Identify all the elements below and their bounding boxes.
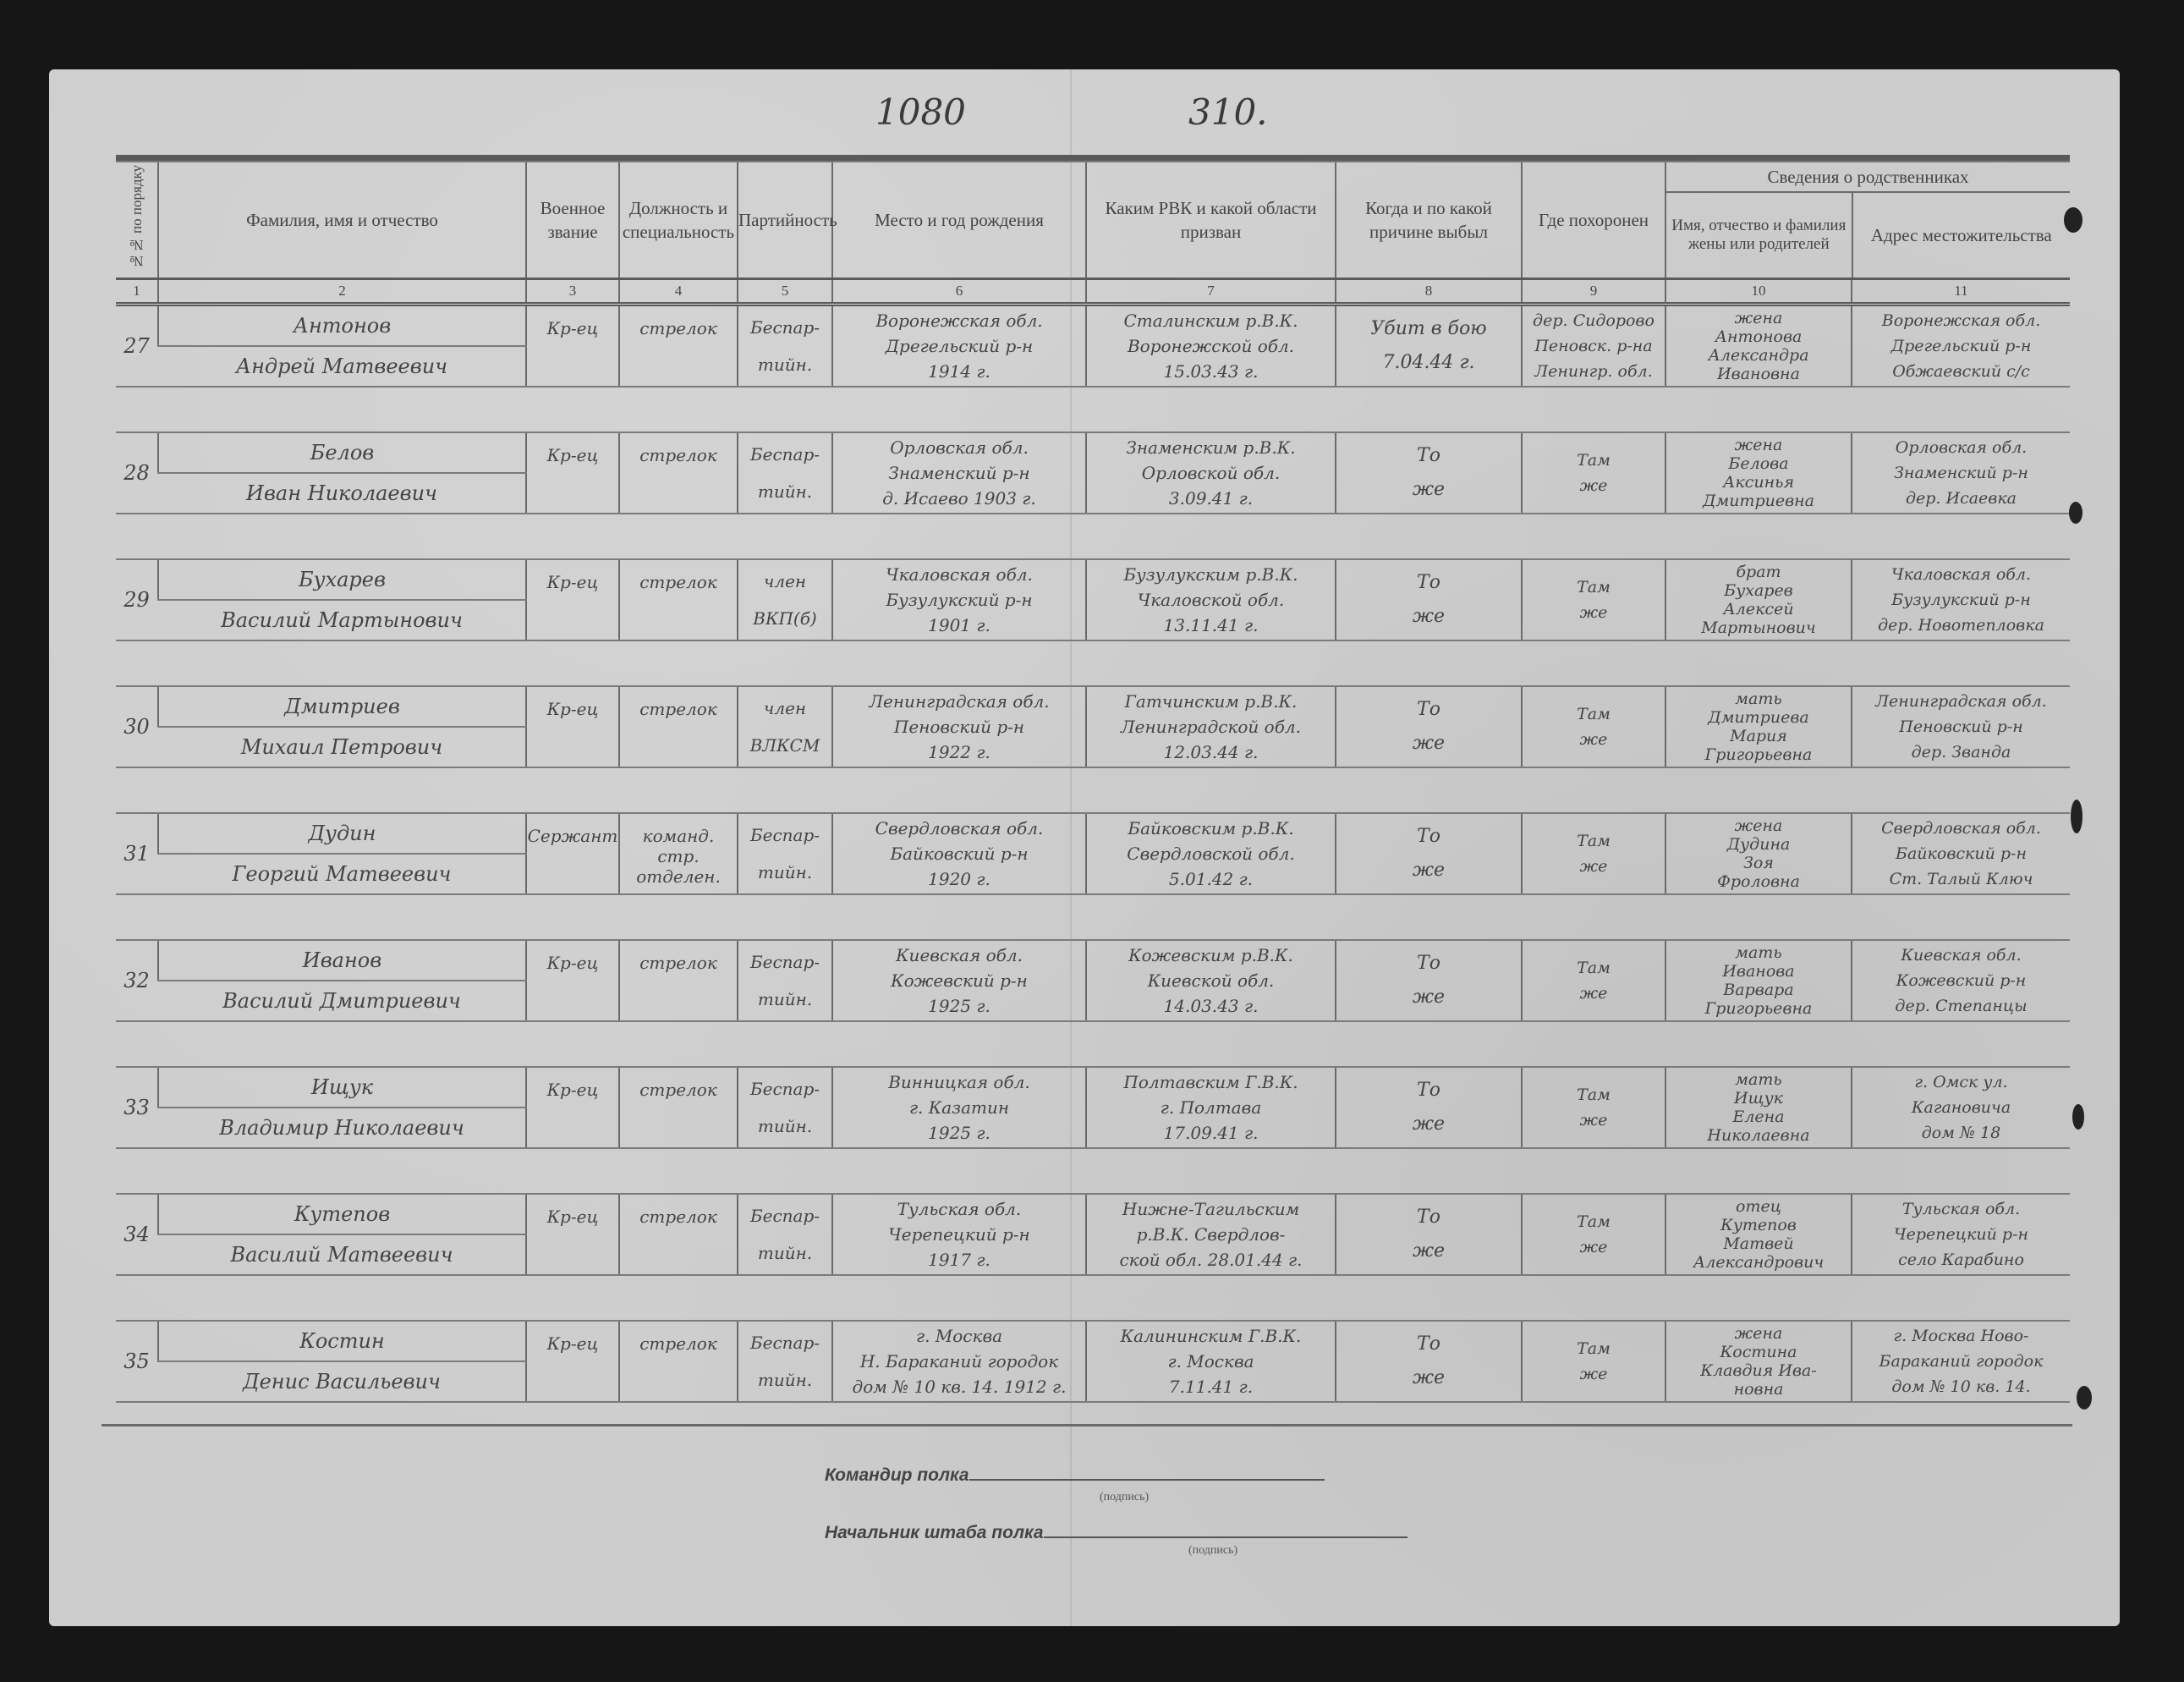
col-number: 9 — [1522, 279, 1665, 305]
given-names: Денис Васильевич — [158, 1361, 526, 1402]
surname: Антонов — [158, 305, 526, 347]
buried-line: же — [1523, 727, 1665, 752]
party-line: Беспар- — [738, 943, 831, 981]
relative-line: Бухарев — [1666, 581, 1851, 600]
left-line: же — [1336, 981, 1521, 1014]
given-names: Андрей Матвеевич — [158, 346, 526, 387]
relative-line: Матвей — [1666, 1234, 1851, 1253]
left-line: Убит в бою — [1336, 312, 1521, 346]
buried-line: Там — [1523, 701, 1665, 727]
party-membership: Беспар-тийн. — [738, 432, 832, 514]
birth-line: Чкаловская обл. — [833, 562, 1085, 587]
home-address: г. Омск ул.Кагановичадом № 18 — [1852, 1067, 2070, 1148]
birth-line: дом № 10 кв. 14. 1912 г. — [833, 1374, 1085, 1399]
relative-name: женаКостинаКлавдия Ива-новна — [1665, 1321, 1852, 1402]
birth-place-year: Чкаловская обл.Бузулукский р-н1901 г. — [832, 559, 1086, 640]
relative-line: брат — [1666, 563, 1851, 581]
draft-office: Байковским р.В.К.Свердловской обл.5.01.4… — [1086, 813, 1336, 894]
row-number: 35 — [116, 1321, 158, 1402]
relative-line: Антонова — [1666, 327, 1851, 346]
military-rank: Кр-ец — [526, 432, 619, 514]
birth-line: Свердловская обл. — [833, 816, 1085, 841]
left-line: То — [1336, 693, 1521, 727]
party-line: тийн. — [738, 1108, 831, 1145]
burial-place: дер. СидоровоПеновск. р-наЛенингр. обл. — [1522, 305, 1665, 388]
relative-line: мать — [1666, 690, 1851, 708]
surname: Костин — [158, 1321, 526, 1361]
buried-line: же — [1523, 1361, 1665, 1387]
left-line: же — [1336, 600, 1521, 634]
draft-line: Калининским Г.В.К. — [1087, 1323, 1335, 1349]
birth-line: Дрегельский р-н — [833, 333, 1085, 359]
party-line: тийн. — [738, 473, 831, 510]
departure-reason: Тоже — [1336, 1067, 1522, 1148]
address-line: село Карабино — [1852, 1247, 2070, 1272]
draft-line: Байковским р.В.К. — [1087, 816, 1335, 841]
draft-office: Бузулукским р.В.К.Чкаловской обл.13.11.4… — [1086, 559, 1336, 640]
party-line: член — [738, 690, 831, 727]
draft-line: Кожевским р.В.К. — [1087, 943, 1335, 968]
departure-reason: Тоже — [1336, 1194, 1522, 1275]
row-number: 32 — [116, 940, 158, 1021]
left-line: 7.04.44 г. — [1336, 346, 1521, 380]
table-row: 27АнтоновКр-ецстрелокБеспар-тийн.Воронеж… — [116, 305, 2070, 347]
address-line: Бараканий городок — [1852, 1349, 2070, 1374]
footer-rule — [102, 1424, 2072, 1426]
party-line: Беспар- — [738, 1324, 831, 1361]
relative-line: Григорьевна — [1666, 745, 1851, 764]
buried-line: же — [1523, 981, 1665, 1006]
military-rank: Кр-ец — [526, 559, 619, 640]
draft-line: Сталинским р.В.К. — [1087, 308, 1335, 333]
draft-office: Гатчинским р.В.К.Ленинградской обл.12.03… — [1086, 686, 1336, 767]
draft-office: Полтавским Г.В.К.г. Полтава17.09.41 г. — [1086, 1067, 1336, 1148]
military-rank: Кр-ец — [526, 305, 619, 388]
left-line: же — [1336, 854, 1521, 888]
relative-line: Зоя — [1666, 854, 1851, 872]
birth-place-year: Киевская обл.Кожевский р-н1925 г. — [832, 940, 1086, 1021]
party-membership: Беспар-тийн. — [738, 1067, 832, 1148]
relative-name: женаАнтоноваАлександраИвановна — [1665, 305, 1852, 388]
address-line: Знаменский р-н — [1852, 460, 2070, 486]
birth-place-year: Ленинградская обл.Пеновский р-н1922 г. — [832, 686, 1086, 767]
relative-line: Николаевна — [1666, 1126, 1851, 1145]
row-number: 31 — [116, 813, 158, 894]
draft-line: г. Полтава — [1087, 1095, 1335, 1120]
draft-line: 17.09.41 г. — [1087, 1120, 1335, 1146]
birth-line: Н. Бараканий городок — [833, 1349, 1085, 1374]
address-line: Дрегельский р-н — [1852, 333, 2070, 359]
left-line: То — [1336, 566, 1521, 600]
draft-line: Знаменским р.В.К. — [1087, 435, 1335, 460]
buried-line: Там — [1523, 448, 1665, 473]
burial-place: Тамже — [1522, 1194, 1665, 1275]
address-line: Тульская обл. — [1852, 1196, 2070, 1222]
surname: Иванов — [158, 940, 526, 981]
burial-place: Тамже — [1522, 686, 1665, 767]
left-line: же — [1336, 727, 1521, 761]
birth-line: Воронежская обл. — [833, 308, 1085, 333]
spacer-cell — [116, 894, 2070, 940]
address-line: Обжаевский с/с — [1852, 359, 2070, 384]
col-header-9: Где похоронен — [1522, 162, 1665, 279]
military-rank: Кр-ец — [526, 1194, 619, 1275]
given-names: Георгий Матвеевич — [158, 854, 526, 894]
birth-line: г. Москва — [833, 1323, 1085, 1349]
party-line: Беспар- — [738, 816, 831, 854]
departure-reason: Убит в бою7.04.44 г. — [1336, 305, 1522, 388]
military-rank: Кр-ец — [526, 1321, 619, 1402]
draft-office: Нижне-Тагильскимр.В.К. Свердлов-ской обл… — [1086, 1194, 1336, 1275]
given-names: Василий Мартынович — [158, 600, 526, 640]
party-line: тийн. — [738, 981, 831, 1018]
left-line: же — [1336, 1108, 1521, 1141]
buried-line: дер. Сидорово — [1523, 308, 1665, 333]
position: стрелок — [619, 1321, 738, 1402]
birth-line: Орловская обл. — [833, 435, 1085, 460]
draft-line: ской обл. 28.01.44 г. — [1087, 1247, 1335, 1272]
spacer-cell — [116, 1275, 2070, 1321]
birth-place-year: Винницкая обл.г. Казатин1925 г. — [832, 1067, 1086, 1148]
relative-line: Ищук — [1666, 1089, 1851, 1108]
spacer-cell — [116, 387, 2070, 432]
party-line: член — [738, 563, 831, 600]
relative-line: жена — [1666, 816, 1851, 835]
left-line: же — [1336, 1361, 1521, 1395]
birth-place-year: Тульская обл.Черепецкий р-н1917 г. — [832, 1194, 1086, 1275]
address-line: Чкаловская обл. — [1852, 562, 2070, 587]
col-header-10: Имя, отчество и фамилия жены или родител… — [1666, 193, 1852, 278]
position: стрелок — [619, 1194, 738, 1275]
relative-name: женаДудинаЗояФроловна — [1665, 813, 1852, 894]
relative-line: жена — [1666, 436, 1851, 454]
table-row: 30ДмитриевКр-ецстрелокчленВЛКСМЛенинград… — [116, 686, 2070, 727]
home-address: Тульская обл.Черепецкий р-нсело Карабино — [1852, 1194, 2070, 1275]
party-membership: Беспар-тийн. — [738, 813, 832, 894]
burial-place: Тамже — [1522, 940, 1665, 1021]
spacer-cell — [116, 1021, 2070, 1067]
table-row: 34КутеповКр-ецстрелокБеспар-тийн.Тульска… — [116, 1194, 2070, 1234]
birth-line: Черепецкий р-н — [833, 1222, 1085, 1247]
party-line: тийн. — [738, 1361, 831, 1399]
spacer-cell — [116, 514, 2070, 559]
given-names: Иван Николаевич — [158, 473, 526, 514]
draft-office: Сталинским р.В.К.Воронежской обл.15.03.4… — [1086, 305, 1336, 388]
draft-line: Нижне-Тагильским — [1087, 1196, 1335, 1222]
given-names: Михаил Петрович — [158, 727, 526, 767]
buried-line: же — [1523, 473, 1665, 498]
relative-line: Григорьевна — [1666, 999, 1851, 1018]
left-line: же — [1336, 1234, 1521, 1268]
relative-line: Иванова — [1666, 962, 1851, 981]
surname: Бухарев — [158, 559, 526, 600]
buried-line: Там — [1523, 574, 1665, 600]
address-line: дер. Степанцы — [1852, 993, 2070, 1019]
buried-line: Там — [1523, 828, 1665, 854]
address-line: Орловская обл. — [1852, 435, 2070, 460]
spacer-row — [116, 894, 2070, 940]
col-header-11: Адрес местожительства — [1852, 193, 2070, 278]
birth-line: 1920 г. — [833, 866, 1085, 892]
col-number: 7 — [1086, 279, 1336, 305]
position: команд. стр. отделен. — [619, 813, 738, 894]
commander-label: Командир полка — [825, 1465, 969, 1485]
birth-line: г. Казатин — [833, 1095, 1085, 1120]
draft-line: Гатчинским р.В.К. — [1087, 689, 1335, 714]
party-line: тийн. — [738, 1234, 831, 1272]
party-membership: членВКП(б) — [738, 559, 832, 640]
military-rank: Кр-ец — [526, 1067, 619, 1148]
home-address: Орловская обл.Знаменский р-ндер. Исаевка — [1852, 432, 2070, 514]
party-line: Беспар- — [738, 1070, 831, 1108]
birth-place-year: Свердловская обл.Байковский р-н1920 г. — [832, 813, 1086, 894]
address-line: Пеновский р-н — [1852, 714, 2070, 739]
draft-line: 3.09.41 г. — [1087, 486, 1335, 511]
party-membership: членВЛКСМ — [738, 686, 832, 767]
given-names: Василий Матвеевич — [158, 1234, 526, 1275]
col-number: 11 — [1852, 279, 2070, 305]
party-membership: Беспар-тийн. — [738, 305, 832, 388]
relative-line: Мартынович — [1666, 618, 1851, 637]
relative-name: женаБеловаАксиньяДмитриевна — [1665, 432, 1852, 514]
home-address: г. Москва Ново-Бараканий городокдом № 10… — [1852, 1321, 2070, 1402]
birth-line: 1901 г. — [833, 613, 1085, 638]
given-names: Василий Дмитриевич — [158, 981, 526, 1021]
col-number: 10 — [1665, 279, 1852, 305]
table-row: 31ДудинСержанткоманд. стр. отделен.Беспа… — [116, 813, 2070, 854]
address-line: Байковский р-н — [1852, 841, 2070, 866]
birth-line: 1917 г. — [833, 1247, 1085, 1272]
buried-line: Там — [1523, 955, 1665, 981]
relative-name: отецКутеповМатвейАлександрович — [1665, 1194, 1852, 1275]
col-header-4: Должность и специальность — [619, 162, 738, 279]
col-number: 5 — [738, 279, 832, 305]
relative-line: Александра — [1666, 346, 1851, 365]
surname: Ищук — [158, 1067, 526, 1108]
party-line: Беспар- — [738, 1197, 831, 1234]
column-number-row: 1 2 3 4 5 6 7 8 9 10 11 — [116, 279, 2070, 305]
punch-hole — [2069, 502, 2082, 524]
address-line: дер. Новотепловка — [1852, 613, 2070, 638]
burial-place: Тамже — [1522, 1321, 1665, 1402]
buried-line: Пеновск. р-на — [1523, 333, 1665, 359]
col-number: 8 — [1336, 279, 1522, 305]
draft-office: Кожевским р.В.К.Киевской обл.14.03.43 г. — [1086, 940, 1336, 1021]
col-number: 2 — [158, 279, 526, 305]
address-line: Ленинградская обл. — [1852, 689, 2070, 714]
draft-line: г. Москва — [1087, 1349, 1335, 1374]
col-number: 6 — [832, 279, 1086, 305]
header-row: №№ по порядку Фамилия, имя и отчество Во… — [116, 162, 2070, 279]
row-number: 29 — [116, 559, 158, 640]
row-number: 27 — [116, 305, 158, 388]
military-rank: Кр-ец — [526, 940, 619, 1021]
relative-line: жена — [1666, 309, 1851, 327]
commander-signature-field: Командир полка — [825, 1465, 1325, 1486]
left-line: То — [1336, 1201, 1521, 1234]
birth-line: 1922 г. — [833, 739, 1085, 765]
birth-line: 1925 г. — [833, 1120, 1085, 1146]
surname: Дмитриев — [158, 686, 526, 727]
archive-number-left: 1080 — [875, 91, 966, 133]
relative-line: мать — [1666, 943, 1851, 962]
draft-line: 13.11.41 г. — [1087, 613, 1335, 638]
spacer-row — [116, 767, 2070, 813]
table-row: 29БухаревКр-ецстрелокчленВКП(б)Чкаловска… — [116, 559, 2070, 600]
draft-line: 14.03.43 г. — [1087, 993, 1335, 1019]
surname: Кутепов — [158, 1194, 526, 1234]
draft-line: Орловской обл. — [1087, 460, 1335, 486]
address-line: Ст. Талый Ключ — [1852, 866, 2070, 892]
spacer-row — [116, 514, 2070, 559]
address-line: Свердловская обл. — [1852, 816, 2070, 841]
casualty-table: №№ по порядку Фамилия, имя и отчество Во… — [116, 162, 2070, 1403]
relative-name: братБухаревАлексейМартынович — [1665, 559, 1852, 640]
address-line: дер. Исаевка — [1852, 486, 2070, 511]
draft-office: Знаменским р.В.К.Орловской обл.3.09.41 г… — [1086, 432, 1336, 514]
draft-office: Калининским Г.В.К.г. Москва7.11.41 г. — [1086, 1321, 1336, 1402]
table-row: 28БеловКр-ецстрелокБеспар-тийн.Орловская… — [116, 432, 2070, 473]
chief-signature-line — [1044, 1536, 1408, 1538]
relative-name: матьИвановаВарвараГригорьевна — [1665, 940, 1852, 1021]
address-line: Бузулукский р-н — [1852, 587, 2070, 613]
burial-place: Тамже — [1522, 813, 1665, 894]
position: стрелок — [619, 940, 738, 1021]
col-number: 4 — [619, 279, 738, 305]
table-body: 27АнтоновКр-ецстрелокБеспар-тийн.Воронеж… — [116, 305, 2070, 1403]
row-number: 30 — [116, 686, 158, 767]
row-number: 34 — [116, 1194, 158, 1275]
home-address: Киевская обл.Кожевский р-ндер. Степанцы — [1852, 940, 2070, 1021]
spacer-row — [116, 1021, 2070, 1067]
home-address: Чкаловская обл.Бузулукский р-ндер. Новот… — [1852, 559, 2070, 640]
punch-hole — [2077, 1386, 2092, 1410]
relative-line: Мария — [1666, 727, 1851, 745]
military-rank: Сержант — [526, 813, 619, 894]
relative-line: Кутепов — [1666, 1216, 1851, 1234]
draft-line: Чкаловской обл. — [1087, 587, 1335, 613]
commander-sign-caption: (подпись) — [1100, 1491, 1149, 1504]
spacer-cell — [116, 767, 2070, 813]
col-header-7: Каким РВК и какой области призван — [1086, 162, 1336, 279]
party-line: тийн. — [738, 346, 831, 383]
burial-place: Тамже — [1522, 1067, 1665, 1148]
col-header-6: Место и год рождения — [832, 162, 1086, 279]
relative-line: Аксинья — [1666, 473, 1851, 492]
birth-line: Бузулукский р-н — [833, 587, 1085, 613]
party-membership: Беспар-тийн. — [738, 940, 832, 1021]
draft-line: 5.01.42 г. — [1087, 866, 1335, 892]
birth-place-year: г. МоскваН. Бараканий городокдом № 10 кв… — [832, 1321, 1086, 1402]
relative-name: матьИщукЕленаНиколаевна — [1665, 1067, 1852, 1148]
birth-line: Киевская обл. — [833, 943, 1085, 968]
buried-line: Там — [1523, 1336, 1665, 1361]
left-line: То — [1336, 439, 1521, 473]
punch-hole — [2071, 800, 2082, 833]
draft-line: Киевской обл. — [1087, 968, 1335, 993]
relative-line: Дмитриевна — [1666, 492, 1851, 510]
draft-line: 7.11.41 г. — [1087, 1374, 1335, 1399]
relative-line: Варвара — [1666, 981, 1851, 999]
relatives-group-label: Сведения о родственниках — [1666, 162, 2070, 193]
draft-line: 15.03.43 г. — [1087, 359, 1335, 384]
draft-line: Полтавским Г.В.К. — [1087, 1069, 1335, 1095]
buried-line: Ленингр. обл. — [1523, 359, 1665, 384]
spacer-row — [116, 1148, 2070, 1194]
table-row: 35КостинКр-ецстрелокБеспар-тийн.г. Москв… — [116, 1321, 2070, 1361]
position: стрелок — [619, 305, 738, 388]
address-line: г. Омск ул. — [1852, 1069, 2070, 1095]
home-address: Ленинградская обл.Пеновский р-ндер. Зван… — [1852, 686, 2070, 767]
party-membership: Беспар-тийн. — [738, 1194, 832, 1275]
relatives-group-header: Сведения о родственниках Имя, отчество и… — [1665, 162, 2070, 279]
draft-line: Бузулукским р.В.К. — [1087, 562, 1335, 587]
chief-label: Начальник штаба полка — [825, 1523, 1044, 1542]
draft-line: 12.03.44 г. — [1087, 739, 1335, 765]
header-rule — [116, 155, 2070, 162]
relative-line: Дудина — [1666, 835, 1851, 854]
birth-line: Тульская обл. — [833, 1196, 1085, 1222]
col-header-1: №№ по порядку — [116, 162, 158, 279]
relative-line: Фроловна — [1666, 872, 1851, 891]
commander-signature-line — [969, 1479, 1325, 1481]
address-line: Кагановича — [1852, 1095, 2070, 1120]
relative-line: Костина — [1666, 1343, 1851, 1361]
relative-line: Александрович — [1666, 1253, 1851, 1272]
draft-line: р.В.К. Свердлов- — [1087, 1222, 1335, 1247]
party-line: ВЛКСМ — [738, 727, 831, 764]
punch-hole — [2072, 1104, 2084, 1130]
birth-line: Знаменский р-н — [833, 460, 1085, 486]
draft-line: Воронежской обл. — [1087, 333, 1335, 359]
buried-line: Там — [1523, 1209, 1665, 1234]
left-line: То — [1336, 1074, 1521, 1108]
address-line: дом № 18 — [1852, 1120, 2070, 1146]
birth-line: 1925 г. — [833, 993, 1085, 1019]
buried-line: Там — [1523, 1082, 1665, 1108]
address-line: Черепецкий р-н — [1852, 1222, 2070, 1247]
birth-line: Байковский р-н — [833, 841, 1085, 866]
relative-line: жена — [1666, 1324, 1851, 1343]
left-line: То — [1336, 947, 1521, 981]
party-line: тийн. — [738, 854, 831, 891]
relative-line: Белова — [1666, 454, 1851, 473]
party-line: Беспар- — [738, 309, 831, 346]
buried-line: же — [1523, 600, 1665, 625]
spacer-row — [116, 1275, 2070, 1321]
burial-place: Тамже — [1522, 432, 1665, 514]
punch-hole — [2064, 207, 2082, 233]
birth-line: 1914 г. — [833, 359, 1085, 384]
left-line: же — [1336, 473, 1521, 507]
col-number: 1 — [116, 279, 158, 305]
address-line: Киевская обл. — [1852, 943, 2070, 968]
buried-line: же — [1523, 1108, 1665, 1133]
position: стрелок — [619, 686, 738, 767]
buried-line: же — [1523, 1234, 1665, 1260]
address-line: г. Москва Ново- — [1852, 1323, 2070, 1349]
spacer-cell — [116, 1148, 2070, 1194]
row-number: 28 — [116, 432, 158, 514]
draft-line: Свердловской обл. — [1087, 841, 1335, 866]
relative-line: Клавдия Ива- — [1666, 1361, 1851, 1380]
given-names: Владимир Николаевич — [158, 1108, 526, 1148]
left-line: То — [1336, 1327, 1521, 1361]
relative-line: отец — [1666, 1197, 1851, 1216]
address-line: Кожевский р-н — [1852, 968, 2070, 993]
spacer-cell — [116, 640, 2070, 686]
col-number: 3 — [526, 279, 619, 305]
